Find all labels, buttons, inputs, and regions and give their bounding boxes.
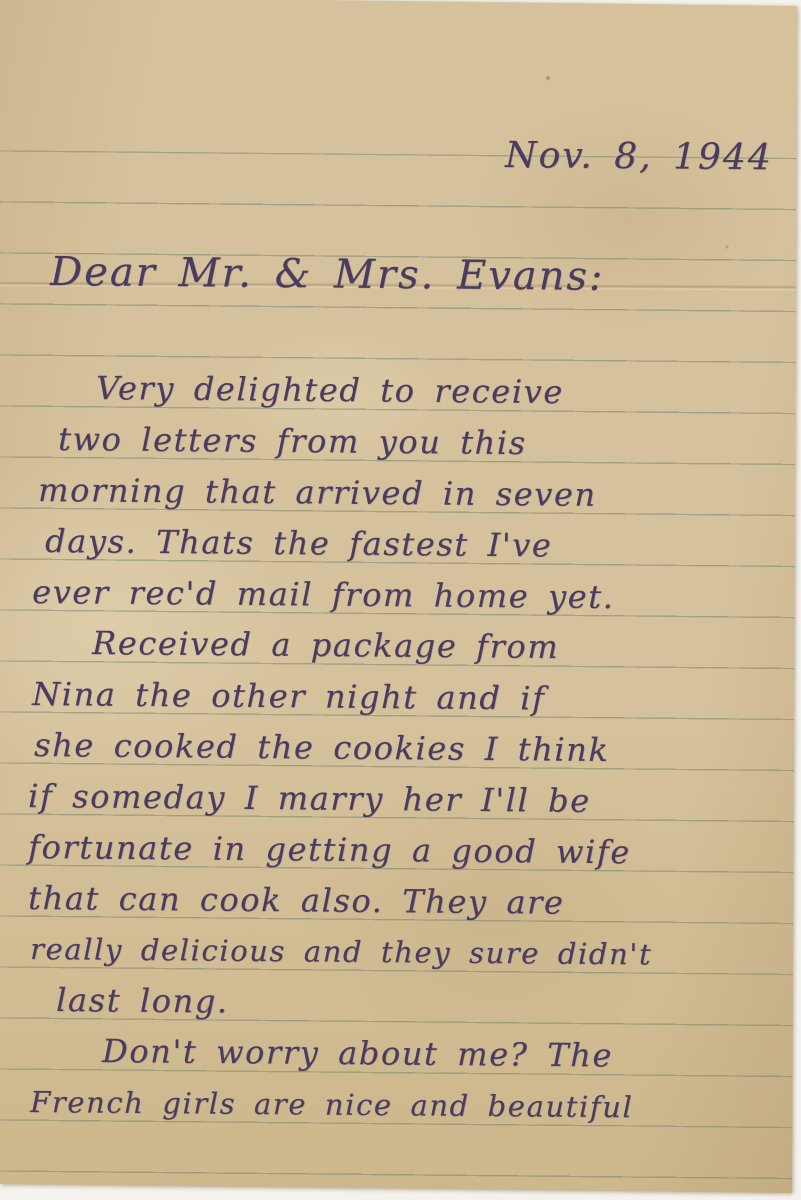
ruled-lines (0, 150, 801, 1182)
handwriting-line: French girls are nice and beautiful (30, 1088, 633, 1122)
handwriting-line: two letters from you this (58, 423, 527, 459)
handwriting-line: ever rec'd mail from home yet. (32, 576, 615, 613)
handwriting-line: Received a package from (92, 627, 559, 663)
handwriting-line: Nina the other night and if (32, 678, 546, 714)
handwriting-line: last long. (56, 984, 229, 1018)
handwriting-line: really delicious and they sure didn't (30, 935, 652, 969)
handwriting-line: Don't worry about me? The (102, 1035, 613, 1071)
handwriting-line: Very delighted to receive (96, 372, 564, 408)
handwriting-line: she cooked the cookies I think (34, 729, 610, 766)
handwriting-line: morning that arrived in seven (38, 474, 597, 511)
handwriting-line: that can cook also. They are (28, 882, 565, 919)
handwriting-line: if someday I marry her I'll be (28, 780, 591, 817)
scan-background: { "colors":{ "ink":"#493c60", "paper":"#… (0, 0, 801, 1200)
letter-page: Nov. 8, 1944 Dear Mr. & Mrs. Evans: Very… (0, 0, 801, 1200)
letter-date: Nov. 8, 1944 (505, 138, 773, 176)
letter-salutation: Dear Mr. & Mrs. Evans: (50, 252, 605, 297)
paper: Nov. 8, 1944 Dear Mr. & Mrs. Evans: Very… (0, 0, 801, 1200)
handwriting-line: days. Thats the fastest I've (45, 525, 553, 561)
handwriting-line: fortunate in getting a good wife (28, 831, 631, 868)
